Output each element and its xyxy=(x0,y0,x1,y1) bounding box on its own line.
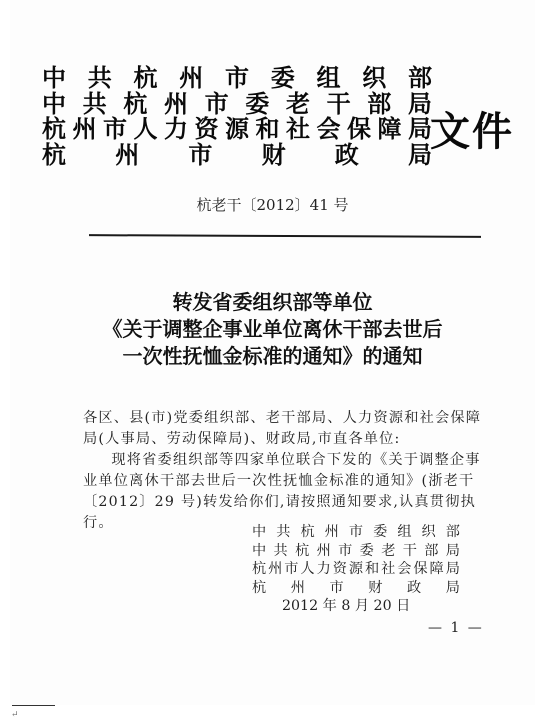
char: 杭 xyxy=(300,523,314,542)
salutation: 各区、县(市)党委组织部、老干部局、人力资源和社会保障局(人事局、劳动保障局)、… xyxy=(83,408,483,450)
char: 州 xyxy=(325,523,339,542)
char: 部 xyxy=(367,92,391,118)
char: 杭 xyxy=(123,92,147,118)
char: 委 xyxy=(373,523,387,542)
char: 杭 xyxy=(42,143,66,169)
char: 中 xyxy=(42,66,66,92)
char: 局 xyxy=(446,579,460,598)
char: 共 xyxy=(83,92,107,118)
char: 局 xyxy=(408,143,432,169)
char: 共 xyxy=(276,523,290,542)
title-line-3: 一次性抚恤金标准的通知》的通知 xyxy=(0,343,545,370)
char: 杭 xyxy=(134,66,158,92)
char: 局 xyxy=(408,92,432,118)
title-line-1: 转发省委组织部等单位 xyxy=(0,289,545,316)
char: 会 xyxy=(317,117,341,143)
char: 中 xyxy=(252,523,266,542)
char: 委 xyxy=(360,542,374,561)
char: 州 xyxy=(317,542,331,561)
issuer-line-3: 杭州市人力资源和社会保障局 xyxy=(42,117,432,143)
char: 中 xyxy=(252,542,266,561)
char: 州 xyxy=(291,579,305,598)
document-date: 2012 年 8 月 20 日 xyxy=(252,597,460,616)
char: 政 xyxy=(335,143,359,169)
char: 杭 xyxy=(252,579,266,598)
char: 中 xyxy=(42,92,66,118)
footnote-divider xyxy=(12,705,55,706)
char: 市 xyxy=(103,117,127,143)
char: 州 xyxy=(115,143,139,169)
char: 州 xyxy=(164,92,188,118)
char: 力 xyxy=(164,117,188,143)
char: 州 xyxy=(73,117,97,143)
char: 源 xyxy=(349,560,363,579)
document-label: 文件 xyxy=(430,100,514,157)
char: 干 xyxy=(403,542,417,561)
signatory-2: 中共杭州市委老干部局 xyxy=(252,542,460,561)
issuer-block: 中共杭州市委组织部 中共杭州市委老干部局 杭州市人力资源和社会保障局 杭州市财政… xyxy=(42,66,432,168)
char: 会 xyxy=(397,560,411,579)
body-text: 各区、县(市)党委组织部、老干部局、人力资源和社会保障局(人事局、劳动保障局)、… xyxy=(83,408,483,534)
signature-block: 中共杭州市委组织部 中共杭州市委老干部局 杭州市人力资源和社会保障局 杭州市财政… xyxy=(252,523,460,616)
issuer-line-1: 中共杭州市委组织部 xyxy=(42,66,432,92)
char: 部 xyxy=(446,523,460,542)
char: 财 xyxy=(368,579,382,598)
document-number: 杭老干〔2012〕41 号 xyxy=(0,194,545,215)
issuer-line-4: 杭州市财政局 xyxy=(42,143,432,169)
signatory-4: 杭州市财政局 xyxy=(252,579,460,598)
char: 人 xyxy=(134,117,158,143)
char: 州 xyxy=(268,560,282,579)
char: 委 xyxy=(271,66,295,92)
char: 局 xyxy=(408,117,432,143)
paragraph-mark-icon: ↵ xyxy=(11,710,19,720)
body-paragraph: 现将省委组织部等四家单位联合下发的《关于调整企事业单位离休干部去世后一次性抚恤金… xyxy=(83,450,483,534)
char: 老 xyxy=(286,92,310,118)
char: 老 xyxy=(381,542,395,561)
char: 市 xyxy=(225,66,249,92)
char: 保 xyxy=(413,560,427,579)
char: 干 xyxy=(327,92,351,118)
char: 源 xyxy=(225,117,249,143)
char: 社 xyxy=(286,117,310,143)
char: 政 xyxy=(407,579,421,598)
char: 部 xyxy=(424,542,438,561)
char: 障 xyxy=(430,560,444,579)
char: 市 xyxy=(338,542,352,561)
char: 社 xyxy=(381,560,395,579)
char: 力 xyxy=(317,560,331,579)
char: 障 xyxy=(378,117,402,143)
char: 和 xyxy=(365,560,379,579)
char: 资 xyxy=(195,117,219,143)
title-line-2: 《关于调整企事业单位离休干部去世后 xyxy=(0,316,545,343)
char: 杭 xyxy=(295,542,309,561)
char: 局 xyxy=(446,542,460,561)
char: 杭 xyxy=(42,117,66,143)
char: 市 xyxy=(349,523,363,542)
char: 市 xyxy=(188,143,212,169)
char: 市 xyxy=(330,579,344,598)
char: 杭 xyxy=(252,560,266,579)
char: 市 xyxy=(284,560,298,579)
document-title: 转发省委组织部等单位 《关于调整企事业单位离休干部去世后 一次性抚恤金标准的通知… xyxy=(0,289,545,370)
char: 资 xyxy=(333,560,347,579)
char: 织 xyxy=(422,523,436,542)
issuer-line-2: 中共杭州市委老干部局 xyxy=(42,92,432,118)
page-number: — 1 — xyxy=(428,620,484,636)
char: 共 xyxy=(88,66,112,92)
char: 州 xyxy=(179,66,203,92)
char: 织 xyxy=(362,66,386,92)
char: 组 xyxy=(397,523,411,542)
char: 和 xyxy=(256,117,280,143)
char: 保 xyxy=(347,117,371,143)
char: 财 xyxy=(262,143,286,169)
char: 局 xyxy=(446,560,460,579)
char: 人 xyxy=(300,560,314,579)
char: 共 xyxy=(274,542,288,561)
char: 委 xyxy=(245,92,269,118)
signatory-1: 中共杭州市委组织部 xyxy=(252,523,460,542)
signatory-3: 杭州市人力资源和社会保障局 xyxy=(252,560,460,579)
char: 部 xyxy=(408,66,432,92)
char: 组 xyxy=(317,66,341,92)
char: 市 xyxy=(205,92,229,118)
